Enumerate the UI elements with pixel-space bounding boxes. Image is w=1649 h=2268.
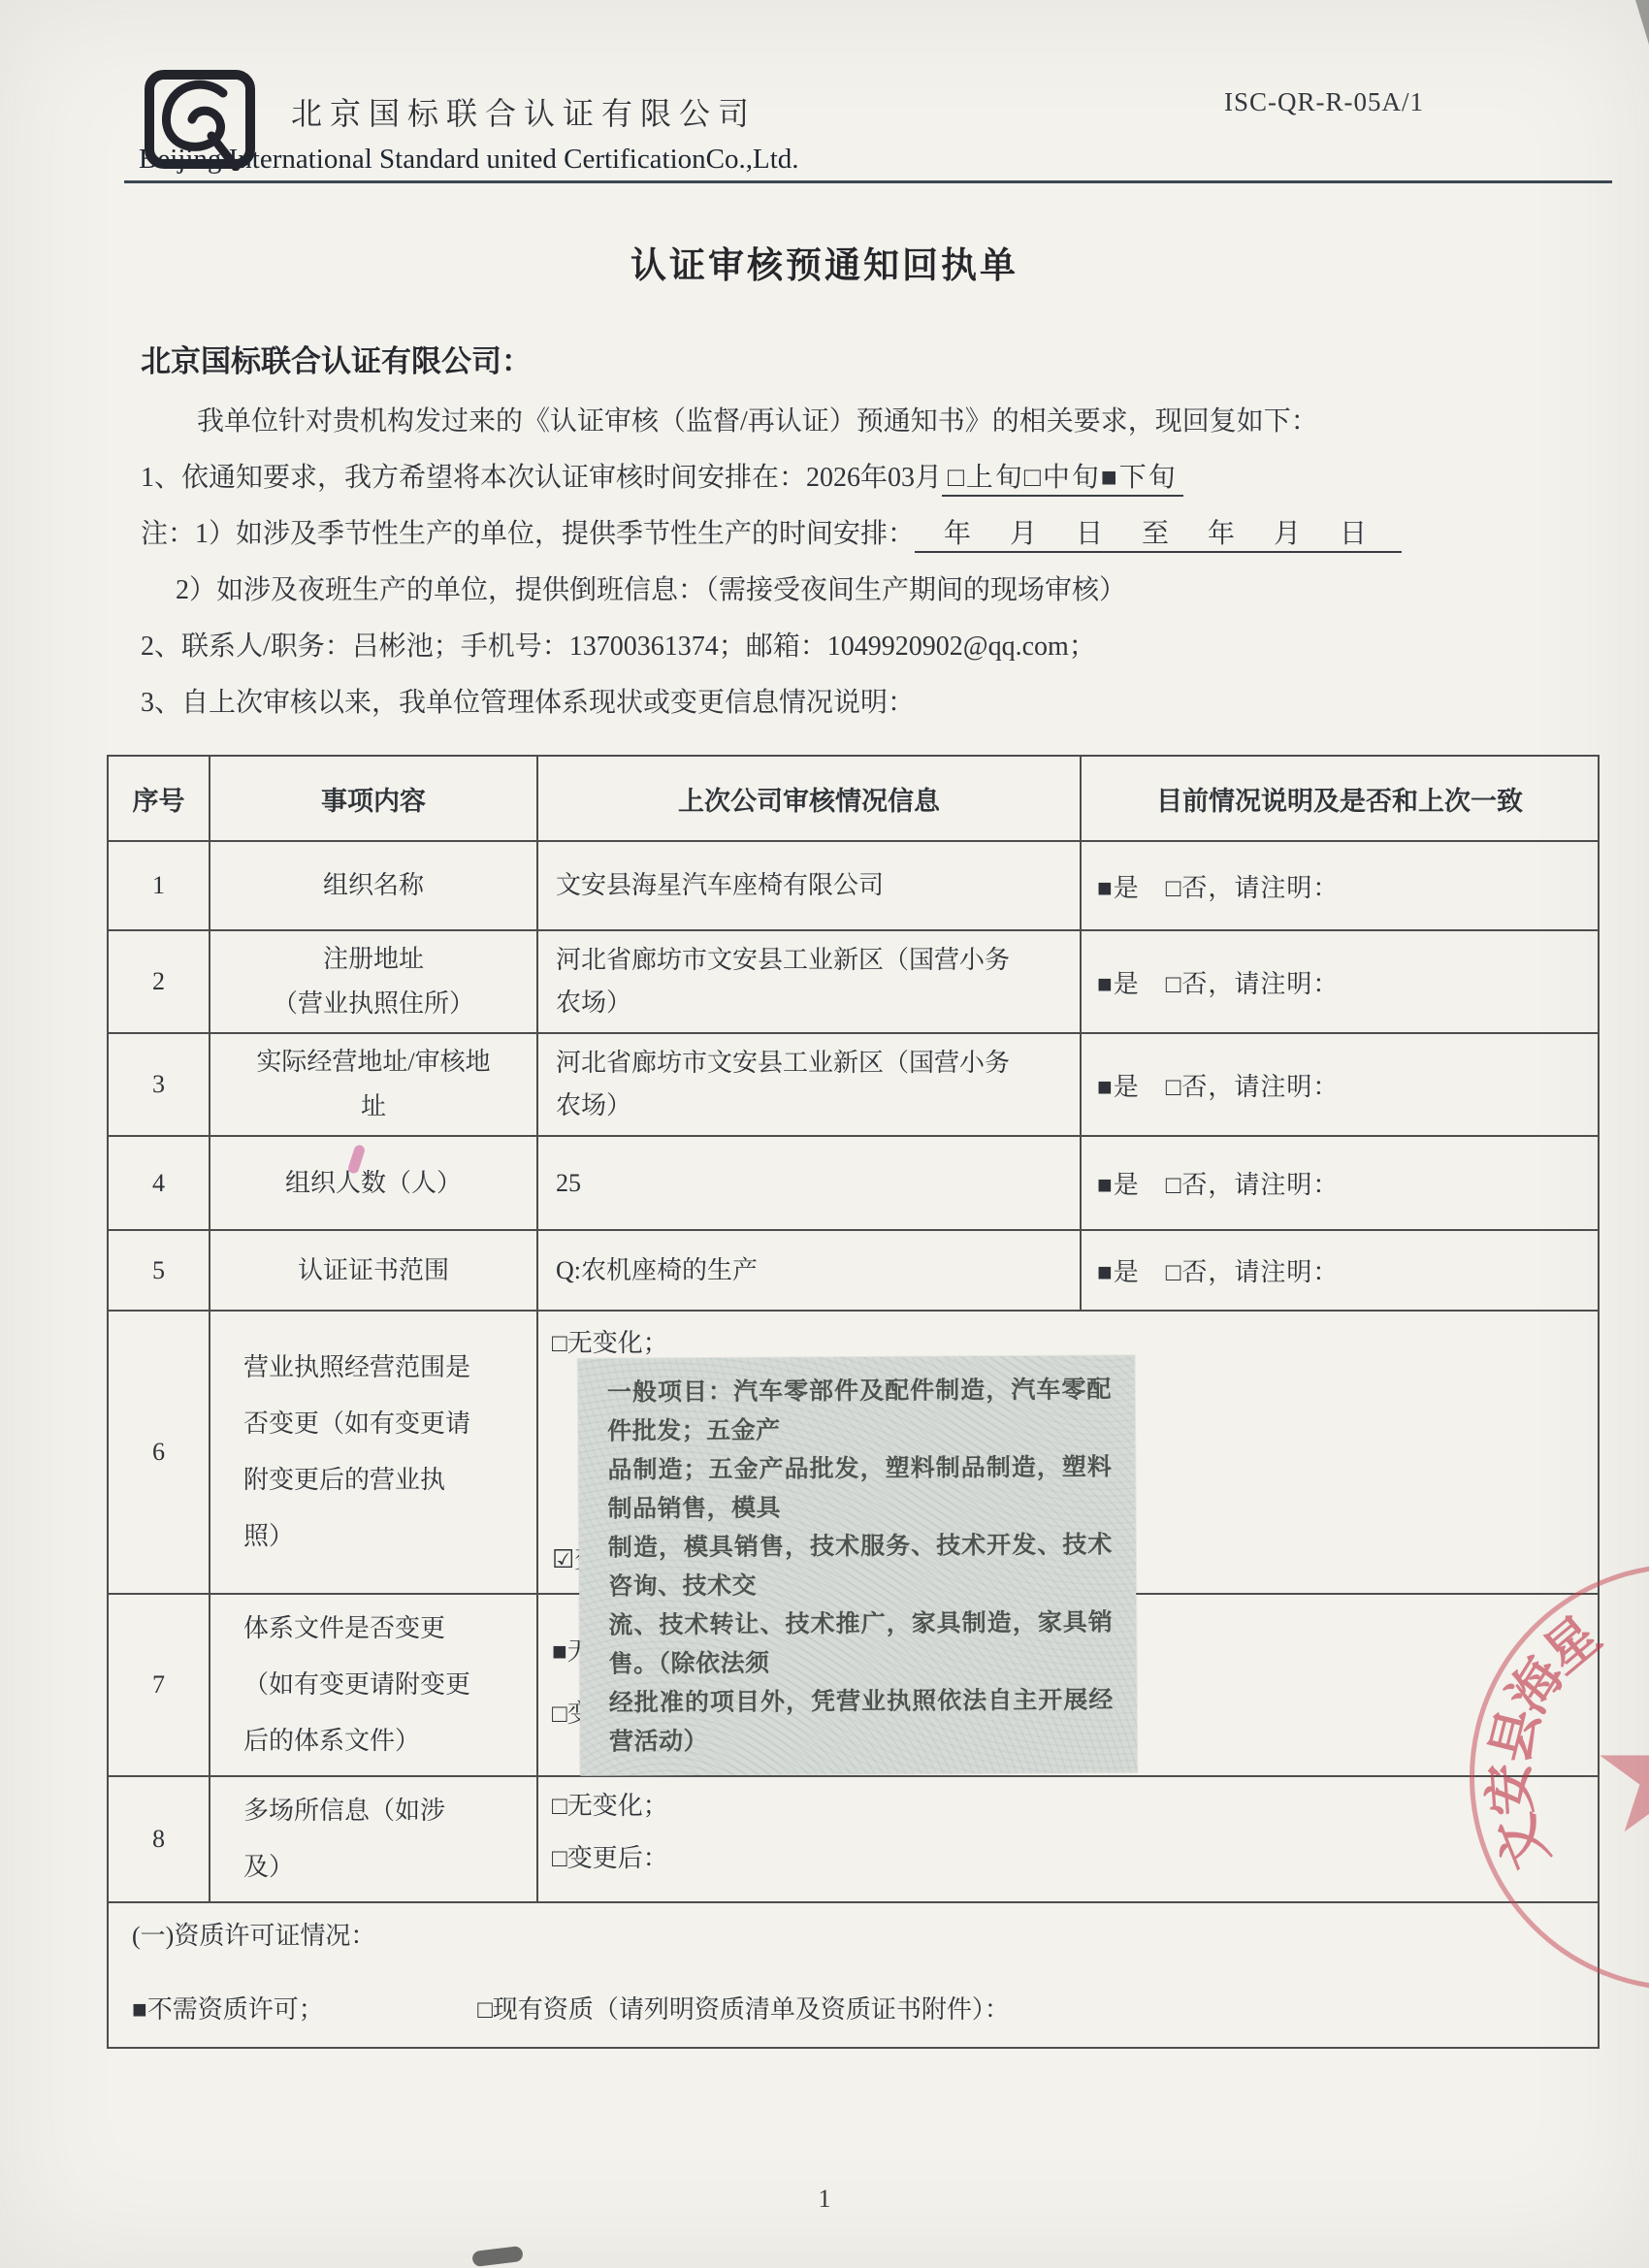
- unchanged-checkbox-label: □无变化；: [552, 1323, 668, 1359]
- col-header-status: 目前情况说明及是否和上次一致: [1081, 756, 1599, 841]
- row-no: 8: [108, 1776, 210, 1902]
- table-row: 5 认证证书范围 Q:农机座椅的生产 ■是 □否，请注明：: [108, 1230, 1599, 1311]
- document-code: ISC-QR-R-05A/1: [1224, 87, 1424, 117]
- seasonal-date-blank: 年 月 日 至 年 月 日: [915, 519, 1402, 553]
- table-row: 4 组织人数（人） 25 ■是 □否，请注明：: [108, 1136, 1599, 1230]
- scanned-document-page: 北京国标联合认证有限公司 ISC-QR-R-05A/1 Beijing Inte…: [0, 0, 1649, 2268]
- contact-line: 2、联系人/职务：吕彬池；手机号：13700361374；邮箱：10499209…: [141, 627, 1526, 667]
- row-status-checkboxes: ■是 □否，请注明：: [1081, 841, 1599, 930]
- changed-checkbox-label: □变更后：: [552, 1839, 1598, 1878]
- qualification-options: ■不需资质许可； □现有资质（请列明资质清单及资质证书附件）：: [132, 1989, 1574, 2031]
- row-item: 体系文件是否变更 （如有变更请附变更 后的体系文件）: [210, 1594, 537, 1776]
- audit-info-table: 序号 事项内容 上次公司审核情况信息 目前情况说明及是否和上次一致 1 组织名称…: [107, 755, 1600, 2049]
- row-no: 2: [108, 930, 210, 1033]
- row-no: 3: [108, 1033, 210, 1136]
- scan-artifact-corner: [1635, 0, 1649, 45]
- row-item: 多场所信息（如涉 及）: [210, 1776, 537, 1902]
- row-status-checkboxes: ■是 □否，请注明：: [1081, 1230, 1599, 1311]
- pasted-license-scope-text: 一般项目：汽车零部件及配件制造，汽车零配件批发；五金产 品制造；五金产品批发，塑…: [578, 1355, 1138, 1775]
- page-number: 1: [0, 2185, 1649, 2214]
- qualification-section-title: (一)资质许可证情况：: [132, 1915, 1574, 1958]
- intro-paragraph: 我单位针对贵机构发过来的《认证审核（监督/再认证）预通知书》的相关要求，现回复如…: [141, 402, 1526, 442]
- row-item: 认证证书范围: [210, 1230, 537, 1311]
- row-status-checkboxes: ■是 □否，请注明：: [1081, 930, 1599, 1033]
- scan-artifact-smudge: [471, 2246, 524, 2267]
- business-scope-cell: □无变化； 一般项目：汽车零部件及配件制造，汽车零配件批发；五金产 品制造；五金…: [537, 1311, 1599, 1594]
- row-item: 营业执照经营范围是 否变更（如有变更请 附变更后的营业执 照）: [210, 1311, 537, 1594]
- table-row: 2 注册地址 （营业执照住所） 河北省廊坊市文安县工业新区（国营小务 农场） ■…: [108, 930, 1599, 1033]
- company-name-en: Beijing International Standard united Ce…: [139, 144, 799, 176]
- row-no: 1: [108, 841, 210, 930]
- night-shift-note: 2）如涉及夜班生产的单位，提供倒班信息：（需接受夜间生产期间的现场审核）: [141, 570, 1526, 611]
- row-info: 河北省廊坊市文安县工业新区（国营小务 农场）: [537, 1033, 1081, 1136]
- row-item: 注册地址 （营业执照住所）: [210, 930, 537, 1033]
- audit-time-prefix: 1、依通知要求，我方希望将本次认证审核时间安排在：2026年03月: [141, 463, 942, 493]
- audit-time-options: □上旬□中旬■下旬: [942, 463, 1183, 497]
- audit-time-line: 1、依通知要求，我方希望将本次认证审核时间安排在：2026年03月□上旬□中旬■…: [141, 458, 1526, 499]
- qualification-section-cell: (一)资质许可证情况： ■不需资质许可； □现有资质（请列明资质清单及资质证书附…: [108, 1902, 1599, 2048]
- unchanged-checkbox-label: □无变化；: [552, 1787, 1598, 1826]
- table-row: 1 组织名称 文安县海星汽车座椅有限公司 ■是 □否，请注明：: [108, 841, 1599, 930]
- table-row: 3 实际经营地址/审核地 址 河北省廊坊市文安县工业新区（国营小务 农场） ■是…: [108, 1033, 1599, 1136]
- have-qualification-checkbox-label: □现有资质（请列明资质清单及资质证书附件）：: [477, 1995, 1010, 2024]
- row-no: 7: [108, 1594, 210, 1776]
- row-item: 组织名称: [210, 841, 537, 930]
- intro-section: 北京国标联合认证有限公司： 我单位针对贵机构发过来的《认证审核（监督/再认证）预…: [141, 341, 1526, 739]
- page-title: 认证审核预通知回执单: [0, 236, 1649, 288]
- row-no: 6: [108, 1311, 210, 1594]
- row-info: 25: [537, 1136, 1081, 1230]
- row-item: 组织人数（人）: [210, 1136, 537, 1230]
- company-name-cn: 北京国标联合认证有限公司: [291, 89, 757, 134]
- row-status-checkboxes: ■是 □否，请注明：: [1081, 1136, 1599, 1230]
- change-info-line: 3、自上次审核以来，我单位管理体系现状或变更信息情况说明：: [141, 683, 1526, 724]
- table-footer-row: (一)资质许可证情况： ■不需资质许可； □现有资质（请列明资质清单及资质证书附…: [108, 1902, 1599, 2048]
- row-no: 5: [108, 1230, 210, 1311]
- no-qualification-checkbox-label: ■不需资质许可；: [132, 1995, 324, 2024]
- row-info: Q:农机座椅的生产: [537, 1230, 1081, 1311]
- table-header-row: 序号 事项内容 上次公司审核情况信息 目前情况说明及是否和上次一致: [108, 756, 1599, 841]
- row-no: 4: [108, 1136, 210, 1230]
- col-header-info: 上次公司审核情况信息: [537, 756, 1081, 841]
- multisite-cell: □无变化； □变更后：: [537, 1776, 1599, 1902]
- row-info: 文安县海星汽车座椅有限公司: [537, 841, 1081, 930]
- col-header-no: 序号: [108, 756, 210, 841]
- seasonal-note-line: 注：1）如涉及季节性生产的单位，提供季节性生产的时间安排：年 月 日 至 年 月…: [141, 514, 1526, 555]
- row-info: 河北省廊坊市文安县工业新区（国营小务 农场）: [537, 930, 1081, 1033]
- header-divider: [124, 180, 1612, 183]
- row-status-checkboxes: ■是 □否，请注明：: [1081, 1033, 1599, 1136]
- salutation: 北京国标联合认证有限公司：: [141, 341, 1526, 382]
- table-row-multisite: 8 多场所信息（如涉 及） □无变化； □变更后：: [108, 1776, 1599, 1902]
- seasonal-note-prefix: 注：1）如涉及季节性生产的单位，提供季节性生产的时间安排：: [141, 519, 915, 549]
- table-row-business-scope: 6 营业执照经营范围是 否变更（如有变更请 附变更后的营业执 照） □无变化； …: [108, 1311, 1599, 1594]
- row-item: 实际经营地址/审核地 址: [210, 1033, 537, 1136]
- col-header-item: 事项内容: [210, 756, 537, 841]
